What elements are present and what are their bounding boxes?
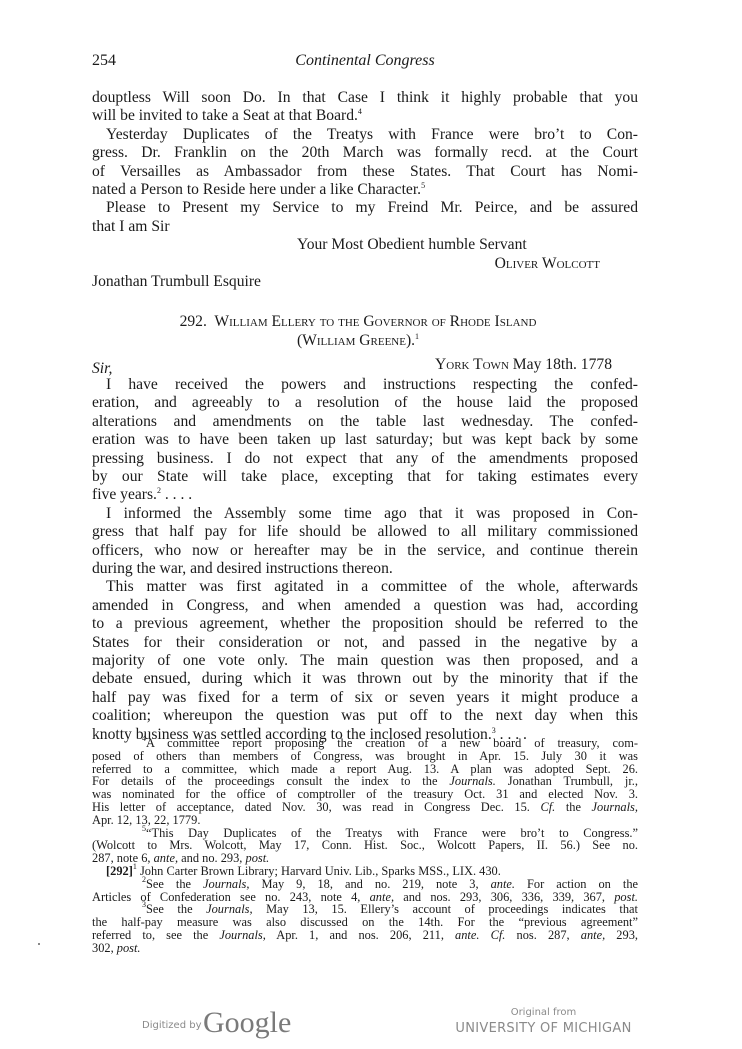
text-line: douptless Will soon Do. In that Case I t… <box>92 89 638 107</box>
document-heading: 292. William Ellery to the Governor of R… <box>92 313 638 331</box>
text-line: alterations and amendments on the table … <box>92 413 638 431</box>
text-line: eration, and agreeably to a resolution o… <box>92 394 638 412</box>
original-from-label: Original from <box>441 1007 646 1018</box>
footnote-ref[interactable]: 5 <box>421 181 425 190</box>
text-line: I have received the powers and instructi… <box>92 376 638 394</box>
place-date: York Town May 18th. 1778 <box>435 356 612 374</box>
dateline: Sir, York Town May 18th. 1778 <box>92 356 638 376</box>
addressee: Jonathan Trumbull Esquire <box>92 273 638 291</box>
text-line: gress. Dr. Franklin on the 20th March wa… <box>92 144 638 162</box>
footnote-ref[interactable]: 4 <box>358 107 362 116</box>
text-line: five years.2 . . . . <box>92 486 638 504</box>
text-line: coalition; whereupon the question was pu… <box>92 707 638 725</box>
text-line: This matter was first agitated in a comm… <box>92 578 638 596</box>
spacer <box>92 291 638 313</box>
text-line: pressing business. I do not expect that … <box>92 450 638 468</box>
footnote-ref[interactable]: 1 <box>415 332 419 341</box>
text-line: amended in Congress, and when amended a … <box>92 597 638 615</box>
footnotes: 4A committee report proposing the creati… <box>92 737 638 955</box>
digitization-footer: Digitized by Google Original from UNIVER… <box>0 1000 742 1045</box>
text-line: half pay was fixed for a term of six or … <box>92 689 638 707</box>
text-line: during the war, and desired instructions… <box>92 560 638 578</box>
text-line: that I am Sir <box>92 218 638 236</box>
text-line: I informed the Assembly some time ago th… <box>92 505 638 523</box>
text-line: gress that half pay for life should be a… <box>92 523 638 541</box>
text-line: by our State will take place, excepting … <box>92 468 638 486</box>
page-header: 254 Continental Congress <box>92 52 638 74</box>
text-line: will be invited to take a Seat at that B… <box>92 107 638 125</box>
institution-name: UNIVERSITY OF MICHIGAN <box>441 1021 646 1036</box>
main-text: douptless Will soon Do. In that Case I t… <box>92 89 638 744</box>
text-line: of Versailles as Ambassador from these S… <box>92 163 638 181</box>
text-line: to a previous agreement, whether the pro… <box>92 615 638 633</box>
footnote-line: His letter of acceptance, dated Nov. 30,… <box>92 801 638 814</box>
running-title: Continental Congress <box>92 52 638 70</box>
text-line: nated a Person to Reside here under a li… <box>92 181 638 199</box>
text-line: majority of one vote only. The main ques… <box>92 652 638 670</box>
footnote-4: 4A committee report proposing the creati… <box>92 737 638 750</box>
closing: Your Most Obedient humble Servant <box>92 236 638 254</box>
salutation: Sir, <box>92 360 112 378</box>
text-line: officers, who now or hereafter may be in… <box>92 542 638 560</box>
book-page: 254 Continental Congress douptless Will … <box>0 0 742 1049</box>
document-heading-recipient: (William Greene).1 <box>92 332 638 350</box>
footnote-line: posed of others than members of Congress… <box>92 750 638 763</box>
text-line: Yesterday Duplicates of the Treatys with… <box>92 126 638 144</box>
google-logo: Google <box>203 1006 291 1040</box>
text-line: eration was to have been taken up last s… <box>92 431 638 449</box>
signature: Oliver Wolcott <box>92 255 638 273</box>
text-line: Please to Present my Service to my Frein… <box>92 199 638 217</box>
scan-artifact <box>38 943 40 945</box>
text-line: debate ensued, during which it was throw… <box>92 670 638 688</box>
footnote-line: referred to, see the Journals, Apr. 1, a… <box>92 929 638 942</box>
text-line: States for their consideration or not, a… <box>92 634 638 652</box>
digitized-by-label: Digitized by <box>142 1020 202 1031</box>
footnote-line: 302, post. <box>92 942 638 955</box>
